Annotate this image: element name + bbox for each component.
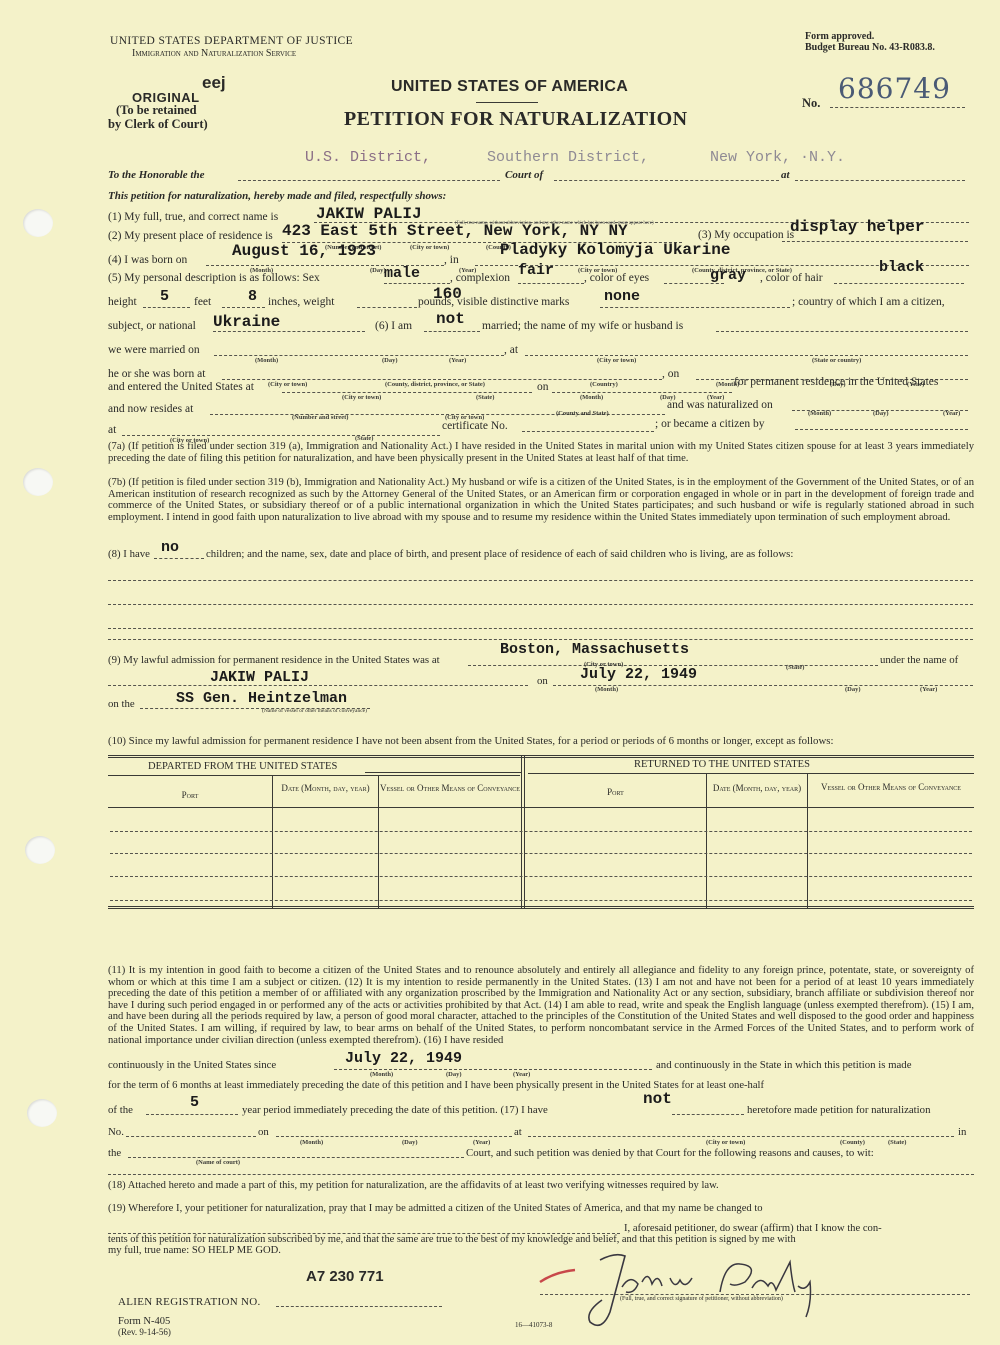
signature-text: Jakiw Palij [610,1260,614,1261]
residence-value: 423 East 5th Street, New York, NY NY [282,222,628,240]
eyes-label: , color of eyes [584,272,649,284]
caption-month: (Month) [595,686,618,693]
hair-value: black [879,259,924,276]
caption-day: (Day) [402,1139,418,1146]
signature-caption: (Full, true, and correct signature of pe… [620,1296,783,1302]
punch-hole [27,1099,57,1127]
intro-text: This petition for naturalization, hereby… [108,190,446,202]
location-value: New York, ·N.Y. [710,149,845,166]
children-value: no [161,539,179,556]
entered-us-label: and entered the United States at [108,381,254,393]
weight-value: 160 [433,285,462,303]
now-resides-label: and now resides at [108,403,193,415]
column-header-date: Date (Month, day, year) [273,783,378,793]
column-header-vessel: Vessel or Other Means of Conveyance [808,782,974,792]
years-value: 5 [190,1094,199,1111]
feet-label: feet [194,296,211,308]
department-name: UNITED STATES DEPARTMENT OF JUSTICE [110,35,353,47]
caption-city: (City or town) [410,244,449,251]
height-label: height [108,296,137,308]
height-inches-value: 8 [248,288,257,305]
petition-title: PETITION FOR NATURALIZATION [344,108,687,131]
full-name-value: JAKIW PALIJ [316,205,422,223]
on-the-label: on the [108,698,135,710]
district-value: Southern District, [487,149,649,166]
caption-month: (Month) [300,1139,323,1146]
budget-bureau: Budget Bureau No. 43-R083.8. [805,42,935,53]
complexion-label: , complexion [450,272,510,284]
of-the-label: of the [108,1104,133,1116]
hair-label: , color of hair [760,272,823,284]
married-on-label: we were married on [108,344,200,356]
at-label: at [108,424,116,436]
section-7a: (7a) (If petition is filed under section… [108,441,974,464]
form-approved: Form approved. [805,31,874,42]
caption-day: (Day) [382,357,398,364]
q6-label: (6) I am [375,320,412,332]
caption-state-country: (State or country) [812,357,861,364]
complexion-value: fair [518,262,554,279]
permanent-residence-label: for permanent residence in the United St… [734,376,938,388]
column-header-vessel: Vessel or Other Means of Conveyance [380,783,520,793]
nationality-value: Ukraine [213,313,280,331]
punch-hole [23,209,53,237]
naturalized-on-label: and was naturalized on [667,399,773,411]
became-citizen-label: ; or became a citizen by [655,418,765,430]
signature [530,1242,910,1332]
in-label: in [958,1126,966,1138]
at-label: , at [504,344,518,356]
birth-place-value: Pladyky Kolomyja Ukarine [500,241,730,259]
at-label: at [781,169,790,181]
petition-number: 686749 [838,72,951,105]
heretofore-text: heretofore made petition for naturalizat… [747,1104,930,1116]
caption-year: (Year) [449,357,466,364]
departed-header: DEPARTED FROM THE UNITED STATES [148,761,337,772]
occupation-value: display helper [790,218,924,236]
eyes-value: gray [710,267,746,284]
court-value: U.S. District, [305,149,431,166]
q1-label: (1) My full, true, and correct name is [108,211,278,223]
caption-year: (Year) [943,410,960,417]
citizen-label: ; country of which I am a citizen, [792,296,945,308]
caption-month: (Month) [255,357,278,364]
on-label: on [258,1126,269,1138]
form-revision: (Rev. 9-14-56) [118,1327,171,1337]
punch-hole [23,468,53,496]
service-name: Immigration and Naturalization Service [132,48,296,59]
inches-label: inches, weight [268,296,334,308]
marks-value: none [604,288,640,305]
so-help-text: my full, true name: SO HELP ME GOD. [108,1245,281,1256]
caption-day: (Day) [873,410,889,417]
caption-city: (City or town) [342,394,381,401]
caption-month: (Month) [370,1071,393,1078]
caption-month: (Month) [808,410,831,417]
section-10-text: (10) Since my lawful admission for perma… [108,735,833,747]
vessel-value: SS Gen. Heintzelman [176,690,347,707]
sections-11-16: (11) It is my intention in good faith to… [108,965,974,1046]
q2-label: (2) My present place of residence is [108,230,273,242]
height-feet-value: 5 [160,288,169,305]
court-denied-text: Court, and such petition was denied by t… [466,1147,874,1159]
court-of-label: Court of [505,169,543,181]
married-status-value: not [436,310,465,328]
caption-city: (City or town) [706,1139,745,1146]
caption-country: (Country) [590,381,618,388]
q5-label: (5) My personal description is as follow… [108,272,320,284]
caption-county-state: (County and State) [556,410,609,417]
table-row [110,831,972,832]
the-label: the [108,1147,121,1159]
print-code: 16—41073-8 [515,1321,552,1329]
table-row [110,853,972,854]
form-number: Form N-405 [118,1316,170,1327]
table-row [110,900,972,901]
caption-day: (Day) [446,1071,462,1078]
swear-text: I, aforesaid petitioner, do swear (affir… [624,1223,882,1234]
residence-since-value: July 22, 1949 [345,1050,462,1067]
retained-note-2: by Clerk of Court) [108,117,208,132]
section-8-text: children; and the name, sex, date and pl… [206,548,793,560]
born-at-label: he or she was born at [108,368,205,380]
sex-value: male [384,265,420,282]
section-18-text: (18) Attached hereto and made a part of … [108,1180,719,1191]
to-honorable-label: To the Honorable the [108,169,204,181]
returned-header: RETURNED TO THE UNITED STATES [634,759,810,770]
state-residence-label: and continuously in the State in which t… [656,1059,912,1071]
table-row [110,876,972,877]
heading-rule [476,102,538,103]
at-label: at [514,1126,522,1138]
section-8-label: (8) I have [108,548,150,560]
admission-date-value: July 22, 1949 [580,666,697,683]
caption-court: (Name of court) [196,1159,240,1166]
caption-state: (State) [476,394,494,401]
q3-label: (3) My occupation is [698,229,794,241]
caption-number-street: (Number and street) [292,414,348,421]
column-header-port: Port [525,787,706,797]
vessel-caption: (Name of vessel or other means of convey… [262,708,367,714]
admission-place-value: Boston, Massachusetts [500,641,689,658]
caption-year: (Year) [473,1139,490,1146]
alien-registration-value: A7 230 771 [306,1268,384,1285]
admission-name-value: JAKIW PALIJ [210,669,309,686]
prior-petition-value: not [643,1090,672,1108]
on-label: on [537,381,549,393]
residence-since-label: continuously in the United States since [108,1059,276,1071]
married-label: married; the name of my wife or husband … [482,320,683,332]
retained-note: (To be retained [116,103,197,118]
caption-day: (Day) [845,686,861,693]
caption-year: (Year) [513,1071,530,1078]
caption-county-district: (County, district, province, or State) [385,381,485,388]
punch-hole [25,836,55,864]
column-header-date: Date (Month, day, year) [707,783,807,793]
column-header-port: Port [108,790,272,800]
year-period-text: year period immediately preceding the da… [242,1104,548,1116]
caption-city: (City or town) [268,381,307,388]
subject-label: subject, or national [108,320,196,332]
section-9-label: (9) My lawful admission for permanent re… [108,654,440,666]
initials: eej [202,73,226,93]
on-label: on [537,675,548,687]
caption-year: (Year) [920,686,937,693]
certificate-label: certificate No. [442,420,508,432]
section-19-text: (19) Wherefore I, your petitioner for na… [108,1203,763,1214]
caption-month: (Month) [580,394,603,401]
alien-registration-label: ALIEN REGISTRATION NO. [118,1296,261,1308]
caption-state: (State) [888,1139,906,1146]
caption-state: (State) [786,664,804,671]
country-heading: UNITED STATES OF AMERICA [391,78,628,96]
no-label: No. [108,1126,124,1138]
birth-date-value: August 16, 1923 [232,242,376,260]
q4-label: (4) I was born on [108,254,187,266]
born-in-label: , in [444,254,459,266]
section-7b: (7b) (If petition is filed under section… [108,477,974,523]
caption-county: (County) [840,1139,865,1146]
caption-city: (City or town) [597,357,636,364]
petition-no-label: No. [802,96,820,111]
under-name-label: under the name of [880,654,958,666]
on-label: , on [662,368,679,380]
